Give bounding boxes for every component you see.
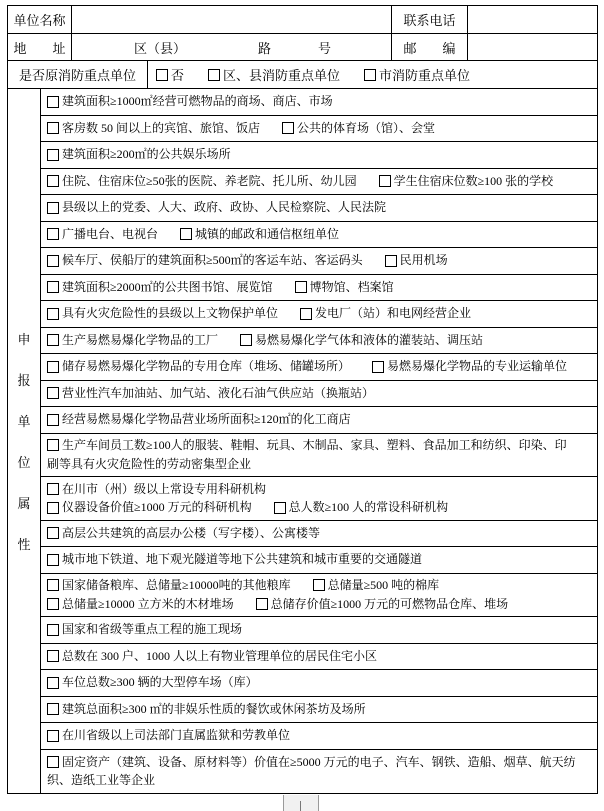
checkbox-icon[interactable]	[47, 502, 59, 514]
side-label-char: 单	[17, 411, 30, 430]
checkbox-icon[interactable]	[47, 255, 59, 267]
header-row-address: 地 址 区（县）路号 邮 编	[8, 34, 597, 61]
attribute-row: 城市地下铁道、地下观光隧道等地下公共建筑和城市重要的交通隧道	[41, 547, 597, 574]
header-row-unit-name: 单位名称 联系电话	[8, 6, 597, 34]
attribute-option-label: 总储量≥500 吨的棉库	[328, 576, 440, 595]
checkbox-icon[interactable]	[47, 579, 59, 591]
attribute-row-line: 客房数 50 间以上的宾馆、旅馆、饭店公共的体育场（馆）、会堂	[47, 119, 594, 138]
attribute-row: 建筑面积≥1000㎡经营可燃物品的商场、商店、市场	[41, 89, 597, 116]
checkbox-icon[interactable]	[282, 122, 294, 134]
contact-phone-label: 联系电话	[392, 6, 468, 33]
attribute-option: 总储量≥10000 立方米的木材堆场	[47, 595, 234, 614]
attribute-row: 国家储备粮库、总储量≥10000吨的其他粮库总储量≥500 吨的棉库总储量≥10…	[41, 574, 597, 618]
attribute-row: 高层公共建筑的高层办公楼（写字楼）、公寓楼等	[41, 521, 597, 548]
attribute-option: 在川市（州）级以上常设专用科研机构	[47, 480, 266, 499]
attribute-row-line: 建筑面积≥2000㎡的公共图书馆、展览馆博物馆、档案馆	[47, 278, 594, 297]
attribute-option: 城市地下铁道、地下观光隧道等地下公共建筑和城市重要的交通隧道	[47, 550, 422, 569]
attribute-row-line: 具有火灾危险性的县级以上文物保护单位发电厂（站）和电网经营企业	[47, 304, 594, 323]
attribute-option: 经营易燃易爆化学物品营业场所面积≥120㎡的化工商店	[47, 410, 351, 429]
postal-code-input-cell[interactable]	[468, 34, 597, 60]
attribute-option-label: 易燃易爆化学气体和液体的灌装站、调压站	[255, 331, 483, 350]
address-segment: 号	[318, 38, 331, 57]
attribute-row-line: 仪器设备价值≥1000 万元的科研机构总人数≥100 人的常设科研机构	[47, 498, 594, 517]
former-key-unit-label: 是否原消防重点单位	[8, 61, 148, 88]
address-segment: 路	[258, 38, 271, 57]
attribute-option: 博物馆、档案馆	[295, 278, 394, 297]
checkbox-icon[interactable]	[47, 308, 59, 320]
checkbox-icon[interactable]	[364, 69, 376, 81]
attribute-row-line: 总储量≥10000 立方米的木材堆场总储存价值≥1000 万元的可燃物品仓库、堆…	[47, 595, 594, 614]
former-key-unit-option-label: 市消防重点单位	[379, 65, 470, 84]
postal-code-label: 邮 编	[392, 34, 468, 60]
attribute-row-line: 建筑面积≥200㎡的公共娱乐场所	[47, 145, 594, 164]
unit-name-input-cell[interactable]	[72, 6, 392, 33]
attribute-row: 在川省级以上司法部门直属监狱和劳教单位	[41, 723, 597, 750]
checkbox-icon[interactable]	[47, 414, 59, 426]
attribute-row: 在川市（州）级以上常设专用科研机构仪器设备价值≥1000 万元的科研机构总人数≥…	[41, 477, 597, 521]
attribute-row-line: 县级以上的党委、人大、政府、政协、人民检察院、人民法院	[47, 198, 594, 217]
checkbox-icon[interactable]	[47, 149, 59, 161]
attribute-row-line: 建筑总面积≥300 ㎡的非娱乐性质的餐饮或休闲茶坊及场所	[47, 700, 594, 719]
attribute-option: 县级以上的党委、人大、政府、政协、人民检察院、人民法院	[47, 198, 386, 217]
side-label-char: 申	[17, 329, 30, 348]
attribute-option-label: 国家和省级等重点工程的施工现场	[62, 620, 242, 639]
attribute-option-label: 广播电台、电视台	[62, 225, 158, 244]
contact-phone-input-cell[interactable]	[468, 6, 597, 33]
attribute-row-line: 国家和省级等重点工程的施工现场	[47, 620, 594, 639]
attribute-row: 固定资产（建筑、设备、原材料等）价值在≥5000 万元的电子、汽车、钢铁、造船、…	[41, 750, 597, 794]
attribute-option: 织、造纸工业等企业	[47, 771, 155, 790]
attribute-option-label: 建筑总面积≥300 ㎡的非娱乐性质的餐饮或休闲茶坊及场所	[62, 700, 366, 719]
attribute-option-label: 生产车间员工数≥100人的服装、鞋帽、玩具、木制品、家具、塑料、食品加工和纺织、…	[62, 436, 567, 455]
checkbox-icon[interactable]	[47, 624, 59, 636]
form-table: 单位名称 联系电话 地 址 区（县）路号 邮 编 是否原消防重点单位 否区、县消…	[7, 5, 598, 794]
attribute-row-line: 总数在 300 户、1000 人以上有物业管理单位的居民住宅小区	[47, 647, 594, 666]
attribute-option-label: 客房数 50 间以上的宾馆、旅馆、饭店	[62, 119, 260, 138]
checkbox-icon[interactable]	[156, 69, 168, 81]
attribute-option: 建筑面积≥200㎡的公共娱乐场所	[47, 145, 231, 164]
attribute-option: 建筑面积≥2000㎡的公共图书馆、展览馆	[47, 278, 273, 297]
attribute-option-label: 总储存价值≥1000 万元的可燃物品仓库、堆场	[271, 595, 509, 614]
attribute-option: 学生住宿床位数≥100 张的学校	[379, 172, 554, 191]
attribute-row: 总数在 300 户、1000 人以上有物业管理单位的居民住宅小区	[41, 644, 597, 671]
checkbox-icon[interactable]	[47, 527, 59, 539]
attribute-option-label: 车位总数≥300 辆的大型停车场（库）	[62, 673, 258, 692]
header-row-former-key-unit: 是否原消防重点单位 否区、县消防重点单位市消防重点单位	[8, 61, 597, 89]
attribute-option-label: 民用机场	[400, 251, 448, 270]
attribute-option: 城镇的邮政和通信枢纽单位	[180, 225, 339, 244]
attribute-row: 生产易燃易爆化学物品的工厂易燃易爆化学气体和液体的灌装站、调压站	[41, 328, 597, 355]
checkbox-icon[interactable]	[295, 281, 307, 293]
attribute-option-label: 住院、住宿床位≥50张的医院、养老院、托儿所、幼儿园	[62, 172, 357, 191]
checkbox-icon[interactable]	[47, 361, 59, 373]
side-label-char: 性	[17, 534, 30, 553]
attribute-option-label: 公共的体育场（馆）、会堂	[297, 119, 435, 138]
attribute-row-line: 在川省级以上司法部门直属监狱和劳教单位	[47, 726, 594, 745]
checkbox-icon[interactable]	[47, 677, 59, 689]
attribute-option: 固定资产（建筑、设备、原材料等）价值在≥5000 万元的电子、汽车、钢铁、造船、…	[47, 753, 576, 772]
attribute-row-line: 在川市（州）级以上常设专用科研机构	[47, 480, 594, 499]
attribute-row-line: 高层公共建筑的高层办公楼（写字楼）、公寓楼等	[47, 524, 594, 543]
former-key-unit-option-label: 区、县消防重点单位	[223, 65, 340, 84]
side-label-char: 位	[17, 452, 30, 471]
attribute-option: 总储存价值≥1000 万元的可燃物品仓库、堆场	[256, 595, 509, 614]
attribute-option: 储存易燃易爆化学物品的专用仓库（堆场、储罐场所）	[47, 357, 350, 376]
attribute-option: 总数在 300 户、1000 人以上有物业管理单位的居民住宅小区	[47, 647, 377, 666]
checkbox-icon[interactable]	[256, 598, 268, 610]
checkbox-icon[interactable]	[47, 598, 59, 610]
attribute-option-label: 总人数≥100 人的常设科研机构	[289, 498, 449, 517]
attribute-option: 候车厅、侯船厅的建筑面积≥500㎡的客运车站、客运码头	[47, 251, 363, 270]
attribute-option: 生产车间员工数≥100人的服装、鞋帽、玩具、木制品、家具、塑料、食品加工和纺织、…	[47, 436, 567, 455]
attribute-option: 易燃易爆化学物品的专业运输单位	[372, 357, 567, 376]
checkbox-icon[interactable]	[300, 308, 312, 320]
attribute-row: 生产车间员工数≥100人的服装、鞋帽、玩具、木制品、家具、塑料、食品加工和纺织、…	[41, 434, 597, 478]
attribute-option-label: 博物馆、档案馆	[310, 278, 394, 297]
attribute-row: 车位总数≥300 辆的大型停车场（库）	[41, 670, 597, 697]
attribute-option: 营业性汽车加油站、加气站、液化石油气供应站（换瓶站）	[47, 384, 374, 403]
attribute-row-line: 织、造纸工业等企业	[47, 771, 594, 790]
attribute-row-line: 广播电台、电视台城镇的邮政和通信枢纽单位	[47, 225, 594, 244]
attribute-option: 高层公共建筑的高层办公楼（写字楼）、公寓楼等	[47, 524, 320, 543]
checkbox-icon[interactable]	[47, 122, 59, 134]
side-label-char: 报	[17, 370, 30, 389]
attribute-option-label: 在川市（州）级以上常设专用科研机构	[62, 480, 266, 499]
attribute-option-label: 建筑面积≥1000㎡经营可燃物品的商场、商店、市场	[62, 92, 333, 111]
attribute-option-label: 候车厅、侯船厅的建筑面积≥500㎡的客运车站、客运码头	[62, 251, 363, 270]
checkbox-icon[interactable]	[47, 703, 59, 715]
attribute-option-label: 建筑面积≥200㎡的公共娱乐场所	[62, 145, 231, 164]
attribute-option-label: 营业性汽车加油站、加气站、液化石油气供应站（换瓶站）	[62, 384, 374, 403]
attribute-option: 仪器设备价值≥1000 万元的科研机构	[47, 498, 252, 517]
attribute-option: 车位总数≥300 辆的大型停车场（库）	[47, 673, 258, 692]
attribute-row: 经营易燃易爆化学物品营业场所面积≥120㎡的化工商店	[41, 407, 597, 434]
checkbox-icon[interactable]	[240, 334, 252, 346]
fire-safety-declaration-form-page: 单位名称 联系电话 地 址 区（县）路号 邮 编 是否原消防重点单位 否区、县消…	[0, 0, 604, 811]
checkbox-icon[interactable]	[47, 228, 59, 240]
attribute-option-label: 学生住宿床位数≥100 张的学校	[394, 172, 554, 191]
attribute-option-label: 国家储备粮库、总储量≥10000吨的其他粮库	[62, 576, 291, 595]
attribute-option-label: 经营易燃易爆化学物品营业场所面积≥120㎡的化工商店	[62, 410, 351, 429]
address-segment: 区（县）	[134, 38, 186, 57]
attribute-option: 易燃易爆化学气体和液体的灌装站、调压站	[240, 331, 483, 350]
checkbox-icon[interactable]	[47, 387, 59, 399]
former-key-unit-option-label: 否	[171, 65, 184, 84]
address-label: 地 址	[8, 34, 72, 60]
attribute-row-line: 储存易燃易爆化学物品的专用仓库（堆场、储罐场所）易燃易爆化学物品的专业运输单位	[47, 357, 594, 376]
checkbox-icon[interactable]	[47, 439, 59, 451]
attribute-row-line: 建筑面积≥1000㎡经营可燃物品的商场、商店、市场	[47, 92, 594, 111]
attribute-option-label: 生产易燃易爆化学物品的工厂	[62, 331, 218, 350]
former-key-unit-option: 区、县消防重点单位	[208, 65, 340, 84]
attribute-row: 营业性汽车加油站、加气站、液化石油气供应站（换瓶站）	[41, 381, 597, 408]
attribute-row-line: 刷等具有火灾危险性的劳动密集型企业	[47, 455, 594, 474]
checkbox-icon[interactable]	[47, 756, 59, 768]
attribute-option-label: 仪器设备价值≥1000 万元的科研机构	[62, 498, 252, 517]
attribute-row: 县级以上的党委、人大、政府、政协、人民检察院、人民法院	[41, 195, 597, 222]
checkbox-icon[interactable]	[47, 554, 59, 566]
attribute-option-label: 具有火灾危险性的县级以上文物保护单位	[62, 304, 278, 323]
attribute-option: 建筑总面积≥300 ㎡的非娱乐性质的餐饮或休闲茶坊及场所	[47, 700, 366, 719]
attribute-row-line: 经营易燃易爆化学物品营业场所面积≥120㎡的化工商店	[47, 410, 594, 429]
section-side-label-declaring-unit-attributes: 申报单位属性	[8, 89, 41, 793]
attribute-option: 住院、住宿床位≥50张的医院、养老院、托儿所、幼儿园	[47, 172, 357, 191]
attribute-option-label: 刷等具有火灾危险性的劳动密集型企业	[47, 455, 251, 474]
attribute-row-line: 城市地下铁道、地下观光隧道等地下公共建筑和城市重要的交通隧道	[47, 550, 594, 569]
attribute-row-line: 生产车间员工数≥100人的服装、鞋帽、玩具、木制品、家具、塑料、食品加工和纺织、…	[47, 436, 594, 455]
attribute-row: 国家和省级等重点工程的施工现场	[41, 617, 597, 644]
attribute-option-label: 建筑面积≥2000㎡的公共图书馆、展览馆	[62, 278, 273, 297]
address-input-cell[interactable]: 区（县）路号	[72, 34, 392, 60]
page-footer-artifact	[283, 795, 319, 811]
attribute-row-line: 国家储备粮库、总储量≥10000吨的其他粮库总储量≥500 吨的棉库	[47, 576, 594, 595]
attribute-option: 总人数≥100 人的常设科研机构	[274, 498, 449, 517]
attribute-option-label: 城镇的邮政和通信枢纽单位	[195, 225, 339, 244]
attribute-row: 广播电台、电视台城镇的邮政和通信枢纽单位	[41, 222, 597, 249]
checkbox-icon[interactable]	[379, 175, 391, 187]
attribute-option: 在川省级以上司法部门直属监狱和劳教单位	[47, 726, 290, 745]
attribute-option-label: 县级以上的党委、人大、政府、政协、人民检察院、人民法院	[62, 198, 386, 217]
attribute-row: 具有火灾危险性的县级以上文物保护单位发电厂（站）和电网经营企业	[41, 301, 597, 328]
attribute-option-label: 织、造纸工业等企业	[47, 771, 155, 790]
attribute-option-label: 在川省级以上司法部门直属监狱和劳教单位	[62, 726, 290, 745]
attribute-row-line: 生产易燃易爆化学物品的工厂易燃易爆化学气体和液体的灌装站、调压站	[47, 331, 594, 350]
checkbox-icon[interactable]	[180, 228, 192, 240]
attribute-option: 公共的体育场（馆）、会堂	[282, 119, 435, 138]
attribute-option: 总储量≥500 吨的棉库	[313, 576, 440, 595]
former-key-unit-option: 否	[156, 65, 184, 84]
checkbox-icon[interactable]	[208, 69, 220, 81]
checkbox-icon[interactable]	[47, 730, 59, 742]
attribute-option-label: 储存易燃易爆化学物品的专用仓库（堆场、储罐场所）	[62, 357, 350, 376]
checkbox-icon[interactable]	[274, 502, 286, 514]
attribute-row: 住院、住宿床位≥50张的医院、养老院、托儿所、幼儿园学生住宿床位数≥100 张的…	[41, 169, 597, 196]
attribute-row: 候车厅、侯船厅的建筑面积≥500㎡的客运车站、客运码头民用机场	[41, 248, 597, 275]
attribute-row-line: 固定资产（建筑、设备、原材料等）价值在≥5000 万元的电子、汽车、钢铁、造船、…	[47, 753, 594, 772]
attribute-option-label: 总数在 300 户、1000 人以上有物业管理单位的居民住宅小区	[62, 647, 377, 666]
checkbox-icon[interactable]	[47, 202, 59, 214]
checkbox-icon[interactable]	[47, 281, 59, 293]
attribute-option-label: 发电厂（站）和电网经营企业	[315, 304, 471, 323]
attribute-option: 国家和省级等重点工程的施工现场	[47, 620, 242, 639]
attribute-option: 广播电台、电视台	[47, 225, 158, 244]
attribute-row-line: 住院、住宿床位≥50张的医院、养老院、托儿所、幼儿园学生住宿床位数≥100 张的…	[47, 172, 594, 191]
checkbox-icon[interactable]	[372, 361, 384, 373]
attribute-row-line: 候车厅、侯船厅的建筑面积≥500㎡的客运车站、客运码头民用机场	[47, 251, 594, 270]
checkbox-icon[interactable]	[47, 175, 59, 187]
former-key-unit-option: 市消防重点单位	[364, 65, 470, 84]
attribute-option: 具有火灾危险性的县级以上文物保护单位	[47, 304, 278, 323]
attribute-row: 客房数 50 间以上的宾馆、旅馆、饭店公共的体育场（馆）、会堂	[41, 116, 597, 143]
attribute-row: 建筑总面积≥300 ㎡的非娱乐性质的餐饮或休闲茶坊及场所	[41, 697, 597, 724]
attribute-option-label: 易燃易爆化学物品的专业运输单位	[387, 357, 567, 376]
checkbox-icon[interactable]	[47, 650, 59, 662]
attribute-row-line: 营业性汽车加油站、加气站、液化石油气供应站（换瓶站）	[47, 384, 594, 403]
attribute-option: 生产易燃易爆化学物品的工厂	[47, 331, 218, 350]
attribute-row: 建筑面积≥200㎡的公共娱乐场所	[41, 142, 597, 169]
attribute-row: 建筑面积≥2000㎡的公共图书馆、展览馆博物馆、档案馆	[41, 275, 597, 302]
attribute-option-label: 固定资产（建筑、设备、原材料等）价值在≥5000 万元的电子、汽车、钢铁、造船、…	[62, 753, 576, 772]
checkbox-icon[interactable]	[47, 334, 59, 346]
attribute-option: 客房数 50 间以上的宾馆、旅馆、饭店	[47, 119, 260, 138]
unit-name-label: 单位名称	[8, 6, 72, 33]
attribute-option: 民用机场	[385, 251, 448, 270]
attribute-option-label: 城市地下铁道、地下观光隧道等地下公共建筑和城市重要的交通隧道	[62, 550, 422, 569]
attribute-option: 国家储备粮库、总储量≥10000吨的其他粮库	[47, 576, 291, 595]
attribute-option-label: 总储量≥10000 立方米的木材堆场	[62, 595, 234, 614]
checkbox-icon[interactable]	[47, 483, 59, 495]
attribute-row: 储存易燃易爆化学物品的专用仓库（堆场、储罐场所）易燃易爆化学物品的专业运输单位	[41, 354, 597, 381]
checkbox-icon[interactable]	[47, 96, 59, 108]
checkbox-icon[interactable]	[385, 255, 397, 267]
side-label-char: 属	[17, 493, 30, 512]
checkbox-icon[interactable]	[313, 579, 325, 591]
attribute-rows: 建筑面积≥1000㎡经营可燃物品的商场、商店、市场客房数 50 间以上的宾馆、旅…	[41, 89, 597, 793]
former-key-unit-options: 否区、县消防重点单位市消防重点单位	[148, 61, 597, 88]
attribute-row-line: 车位总数≥300 辆的大型停车场（库）	[47, 673, 594, 692]
attribute-option-label: 高层公共建筑的高层办公楼（写字楼）、公寓楼等	[62, 524, 320, 543]
attribute-option: 刷等具有火灾危险性的劳动密集型企业	[47, 455, 251, 474]
unit-attributes-section: 申报单位属性 建筑面积≥1000㎡经营可燃物品的商场、商店、市场客房数 50 间…	[8, 89, 597, 793]
attribute-option: 发电厂（站）和电网经营企业	[300, 304, 471, 323]
attribute-option: 建筑面积≥1000㎡经营可燃物品的商场、商店、市场	[47, 92, 333, 111]
